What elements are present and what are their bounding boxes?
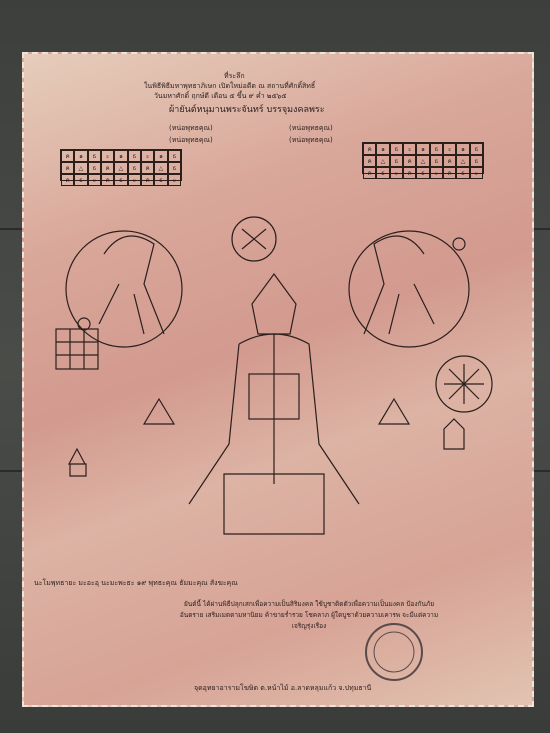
yantra-cloth: ที่ระลึก ในพิธีพิธีมหาพุทธาภิเษก เปิดใหม… (22, 52, 534, 707)
temple-stamp-icon (24, 54, 536, 709)
